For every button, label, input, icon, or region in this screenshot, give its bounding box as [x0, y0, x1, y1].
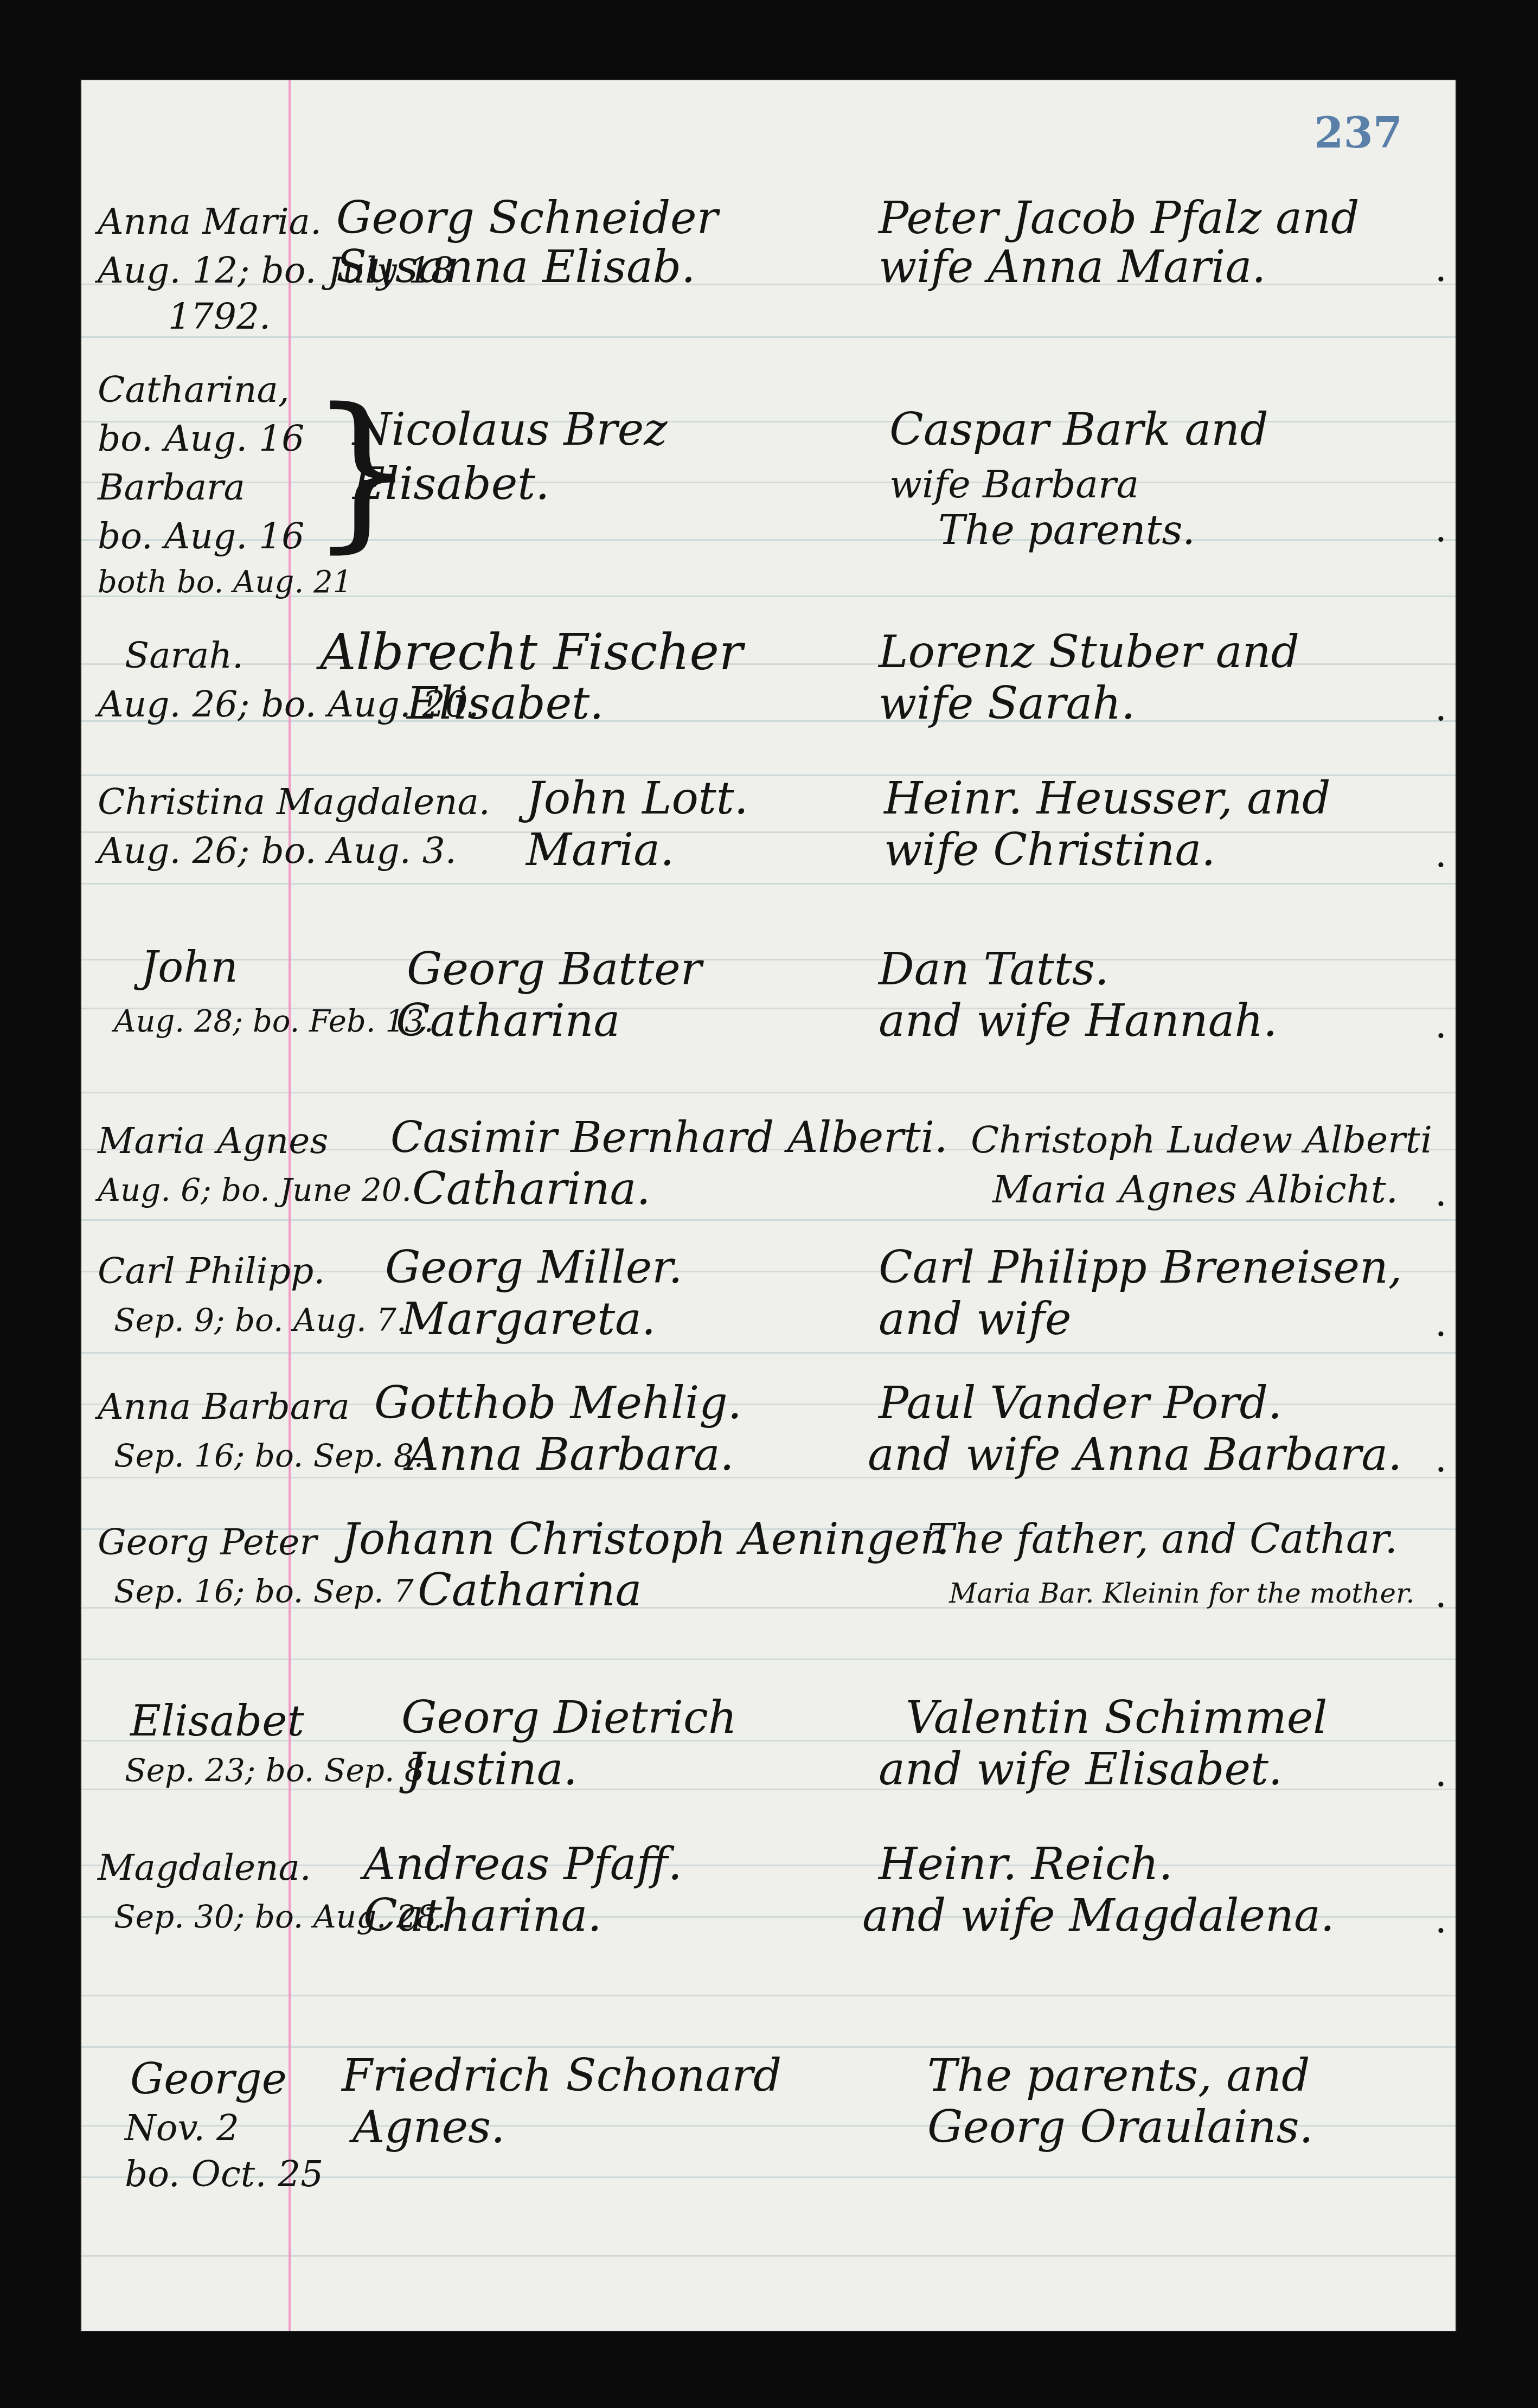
ruled-line: [81, 883, 1456, 885]
child-name: Georg Peter: [98, 1517, 317, 1567]
child-name: Anna Barbara: [98, 1382, 350, 1432]
birth-date: bo. Oct. 25: [125, 2149, 323, 2199]
entry-mark: .: [1435, 831, 1447, 876]
father-name: Casimir Bernhard Alberti.: [390, 1111, 948, 1165]
baptism-date: Nov. 2: [125, 2103, 239, 2153]
baptism-dates: Aug. 26; bo. Aug. 3.: [98, 826, 457, 876]
sponsors-line: Heinr. Reich.: [879, 1837, 1173, 1892]
mother-name: Agnes.: [353, 2100, 505, 2155]
mother-name: Maria.: [526, 823, 674, 878]
sponsors-line: wife Christina.: [884, 823, 1215, 878]
father-name: Georg Dietrich: [401, 1691, 737, 1745]
entry-mark: .: [1435, 506, 1447, 550]
sponsors-line: Valentin Schimmel: [906, 1691, 1328, 1745]
sponsors-line: Christoph Ludew Alberti: [971, 1113, 1432, 1168]
page-number: 237: [1314, 108, 1402, 158]
ruled-line: [81, 2046, 1456, 2048]
child-name: John: [141, 943, 238, 992]
ruled-line: [81, 959, 1456, 960]
sponsors-line: wife Sarah.: [879, 677, 1135, 731]
entry-mark: .: [1435, 246, 1447, 290]
father-name: Georg Batter: [407, 943, 702, 997]
sponsors-line: The parents, and: [927, 2049, 1310, 2103]
father-name: Nicolaus Brez: [353, 403, 668, 457]
sponsors-line: Peter Jacob Pfalz and: [879, 191, 1359, 246]
ruled-line: [81, 1658, 1456, 1660]
entry-mark: .: [1435, 1170, 1447, 1215]
child-name: Sarah.: [125, 631, 243, 681]
child-name: Christina Magdalena.: [98, 777, 490, 827]
ruled-line: [81, 336, 1456, 338]
sponsors-line: and wife Elisabet.: [879, 1743, 1283, 1797]
sponsors-line: Maria Agnes Albicht.: [992, 1162, 1398, 1216]
ruled-line: [81, 1219, 1456, 1221]
birth-date: bo. Aug. 16: [98, 511, 304, 561]
sponsors-line: and wife Anna Barbara.: [868, 1428, 1402, 1482]
entry-mark: .: [1435, 1897, 1447, 1942]
ruled-line: [81, 2255, 1456, 2257]
mother-name: Susanna Elisab.: [336, 240, 695, 294]
child-name: Barbara: [98, 463, 245, 513]
father-name: Albrecht Fischer: [320, 625, 743, 680]
mother-name: Catharina: [418, 1564, 642, 1618]
sponsors-line: wife Anna Maria.: [879, 240, 1266, 294]
father-name: Georg Miller.: [385, 1241, 683, 1295]
child-name: Catharina,: [98, 365, 290, 415]
sponsors-line: The father, and Cathar.: [927, 1512, 1398, 1566]
mother-name: Elisabet.: [353, 457, 549, 511]
entry-mark: .: [1435, 1301, 1447, 1345]
child-name: Elisabet: [130, 1696, 304, 1746]
baptism-dates: Sep. 16; bo. Sep. 8.: [114, 1431, 424, 1481]
father-name: John Lott.: [526, 772, 748, 826]
mother-name: Catharina: [396, 994, 620, 1048]
sponsors-line: Maria Bar. Kleinin for the mother.: [949, 1566, 1414, 1621]
sponsors-line: Paul Vander Pord.: [879, 1376, 1282, 1431]
child-name: Magdalena.: [98, 1843, 311, 1893]
father-name: Gotthob Mehlig.: [374, 1376, 742, 1431]
child-name: Carl Philipp.: [98, 1246, 325, 1296]
ruled-line: [81, 1352, 1456, 1354]
mother-name: Catharina.: [363, 1889, 601, 1943]
sponsors-line: Lorenz Stuber and: [879, 625, 1299, 680]
sponsors-line: and wife Magdalena.: [862, 1889, 1335, 1943]
child-name: Anna Maria.: [98, 197, 322, 247]
father-name: Georg Schneider: [336, 191, 718, 246]
baptism-dates: Sep. 16; bo. Sep. 7: [114, 1566, 414, 1616]
sponsors-line: and wife Hannah.: [879, 994, 1277, 1048]
sponsors-line: and wife: [879, 1292, 1072, 1347]
father-name: Johann Christoph Aeninger.: [342, 1512, 950, 1566]
sponsors-line: Carl Philipp Breneisen,: [879, 1241, 1402, 1295]
baptism-dates: Sep. 9; bo. Aug. 7.: [114, 1295, 406, 1345]
baptism-dates: Aug. 6; bo. June 20.: [98, 1165, 412, 1215]
father-name: Friedrich Schonard: [342, 2049, 781, 2103]
entry-mark: .: [1435, 685, 1447, 729]
entry-mark: .: [1435, 1751, 1447, 1795]
ruled-line: [81, 482, 1456, 483]
birth-date: bo. Aug. 16: [98, 414, 304, 464]
ruled-line: [81, 1092, 1456, 1093]
sponsors-line: The parents.: [938, 503, 1195, 558]
entry-mark: .: [1435, 1436, 1447, 1481]
year: 1792.: [168, 292, 271, 342]
father-name: Andreas Pfaff.: [363, 1837, 682, 1892]
sponsors-line: Caspar Bark and: [889, 403, 1268, 457]
mother-name: Catharina.: [412, 1162, 650, 1216]
sponsors-line: Dan Tatts.: [879, 943, 1109, 997]
register-page: 237 Anna Maria. Aug. 12; bo. July 18 179…: [81, 80, 1456, 2331]
entry-mark: .: [1435, 1002, 1447, 1047]
baptism-dates: Aug. 28; bo. Feb. 13.: [114, 997, 434, 1047]
child-name: George: [130, 2054, 287, 2104]
entry-mark: .: [1435, 1572, 1447, 1616]
sponsors-line: Georg Oraulains.: [927, 2100, 1313, 2155]
child-name: Maria Agnes: [98, 1116, 328, 1166]
mother-name: Elisabet.: [407, 677, 604, 731]
ruled-line: [81, 1995, 1456, 1996]
baptism-dates: Sep. 23; bo. Sep. 8.: [125, 1745, 434, 1795]
sponsors-line: Heinr. Heusser, and: [884, 772, 1330, 826]
mother-name: Anna Barbara.: [407, 1428, 734, 1482]
mother-name: Justina.: [407, 1743, 578, 1797]
mother-name: Margareta.: [401, 1292, 656, 1347]
